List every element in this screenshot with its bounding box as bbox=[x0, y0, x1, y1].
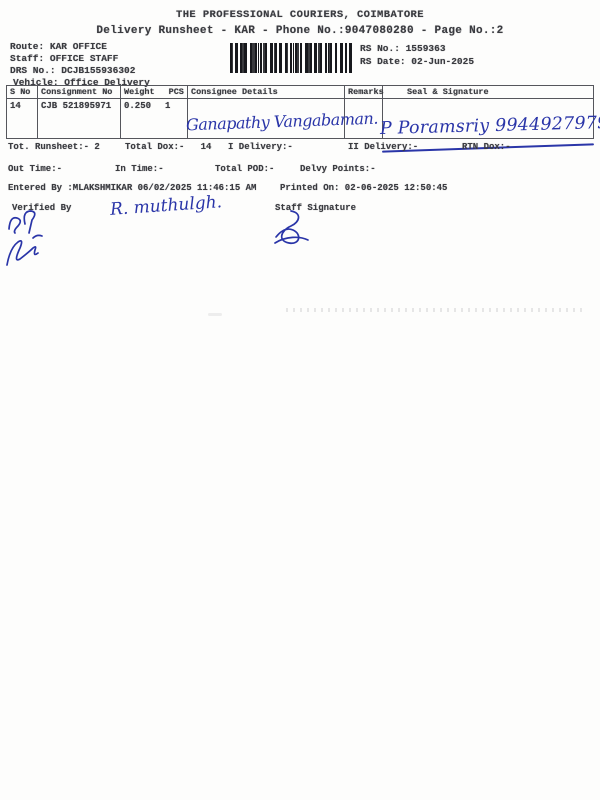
drs-no-line: DRS No.: DCJB155936302 bbox=[10, 65, 135, 76]
col-header-weight: Weight bbox=[124, 87, 155, 98]
staff-line: Staff: OFFICE STAFF bbox=[10, 53, 118, 64]
col-header-s-no: S No bbox=[7, 86, 38, 99]
first-delivery: I Delivery:- bbox=[228, 142, 293, 152]
verified-by-signature bbox=[2, 207, 58, 269]
col-header-consignment-no: Consignment No bbox=[38, 86, 121, 99]
total-runsheet: Tot. Runsheet:- 2 bbox=[8, 142, 100, 152]
printed-on-line: Printed On: 02-06-2025 12:50:45 bbox=[280, 183, 447, 193]
company-title: THE PROFESSIONAL COURIERS, COIMBATORE bbox=[0, 9, 600, 21]
scan-noise bbox=[208, 313, 222, 316]
total-dox: Total Dox:- 14 bbox=[125, 142, 211, 152]
rtn-dox: RTN Dox:- bbox=[462, 142, 511, 152]
route-line: Route: KAR OFFICE bbox=[10, 41, 107, 52]
total-pod: Total POD:- bbox=[215, 164, 274, 174]
rs-no-line: RS No.: 1559363 bbox=[360, 43, 446, 54]
row-s-no: 14 bbox=[7, 99, 38, 138]
second-delivery: II Delivery:- bbox=[348, 142, 418, 152]
out-time: Out Time:- bbox=[8, 164, 62, 174]
row-consignment-no: CJB 521895971 bbox=[38, 99, 121, 138]
scan-noise bbox=[286, 308, 586, 312]
row-weight-pcs: 0.250 1 bbox=[121, 99, 188, 138]
runsheet-barcode-icon bbox=[230, 43, 352, 73]
in-time: In Time:- bbox=[115, 164, 164, 174]
delvy-points: Delvy Points:- bbox=[300, 164, 376, 174]
col-header-pcs: PCS bbox=[169, 87, 184, 98]
col-header-remarks: Remarks bbox=[345, 86, 383, 99]
col-header-weight-pcs: Weight PCS bbox=[121, 86, 188, 99]
row-pcs: 1 bbox=[165, 101, 170, 138]
scanned-delivery-runsheet: THE PROFESSIONAL COURIERS, COIMBATORE De… bbox=[0, 0, 600, 800]
row-weight: 0.250 bbox=[124, 101, 151, 138]
col-header-consignee-details: Consignee Details bbox=[188, 86, 345, 99]
handwritten-verifier-name: R. muthulgh. bbox=[109, 192, 222, 220]
col-header-seal-signature: Seal & Signature bbox=[383, 86, 593, 99]
staff-signature-mark bbox=[272, 206, 310, 252]
rs-date-line: RS Date: 02-Jun-2025 bbox=[360, 56, 474, 67]
runsheet-subtitle: Delivery Runsheet - KAR - Phone No.:9047… bbox=[0, 25, 600, 37]
